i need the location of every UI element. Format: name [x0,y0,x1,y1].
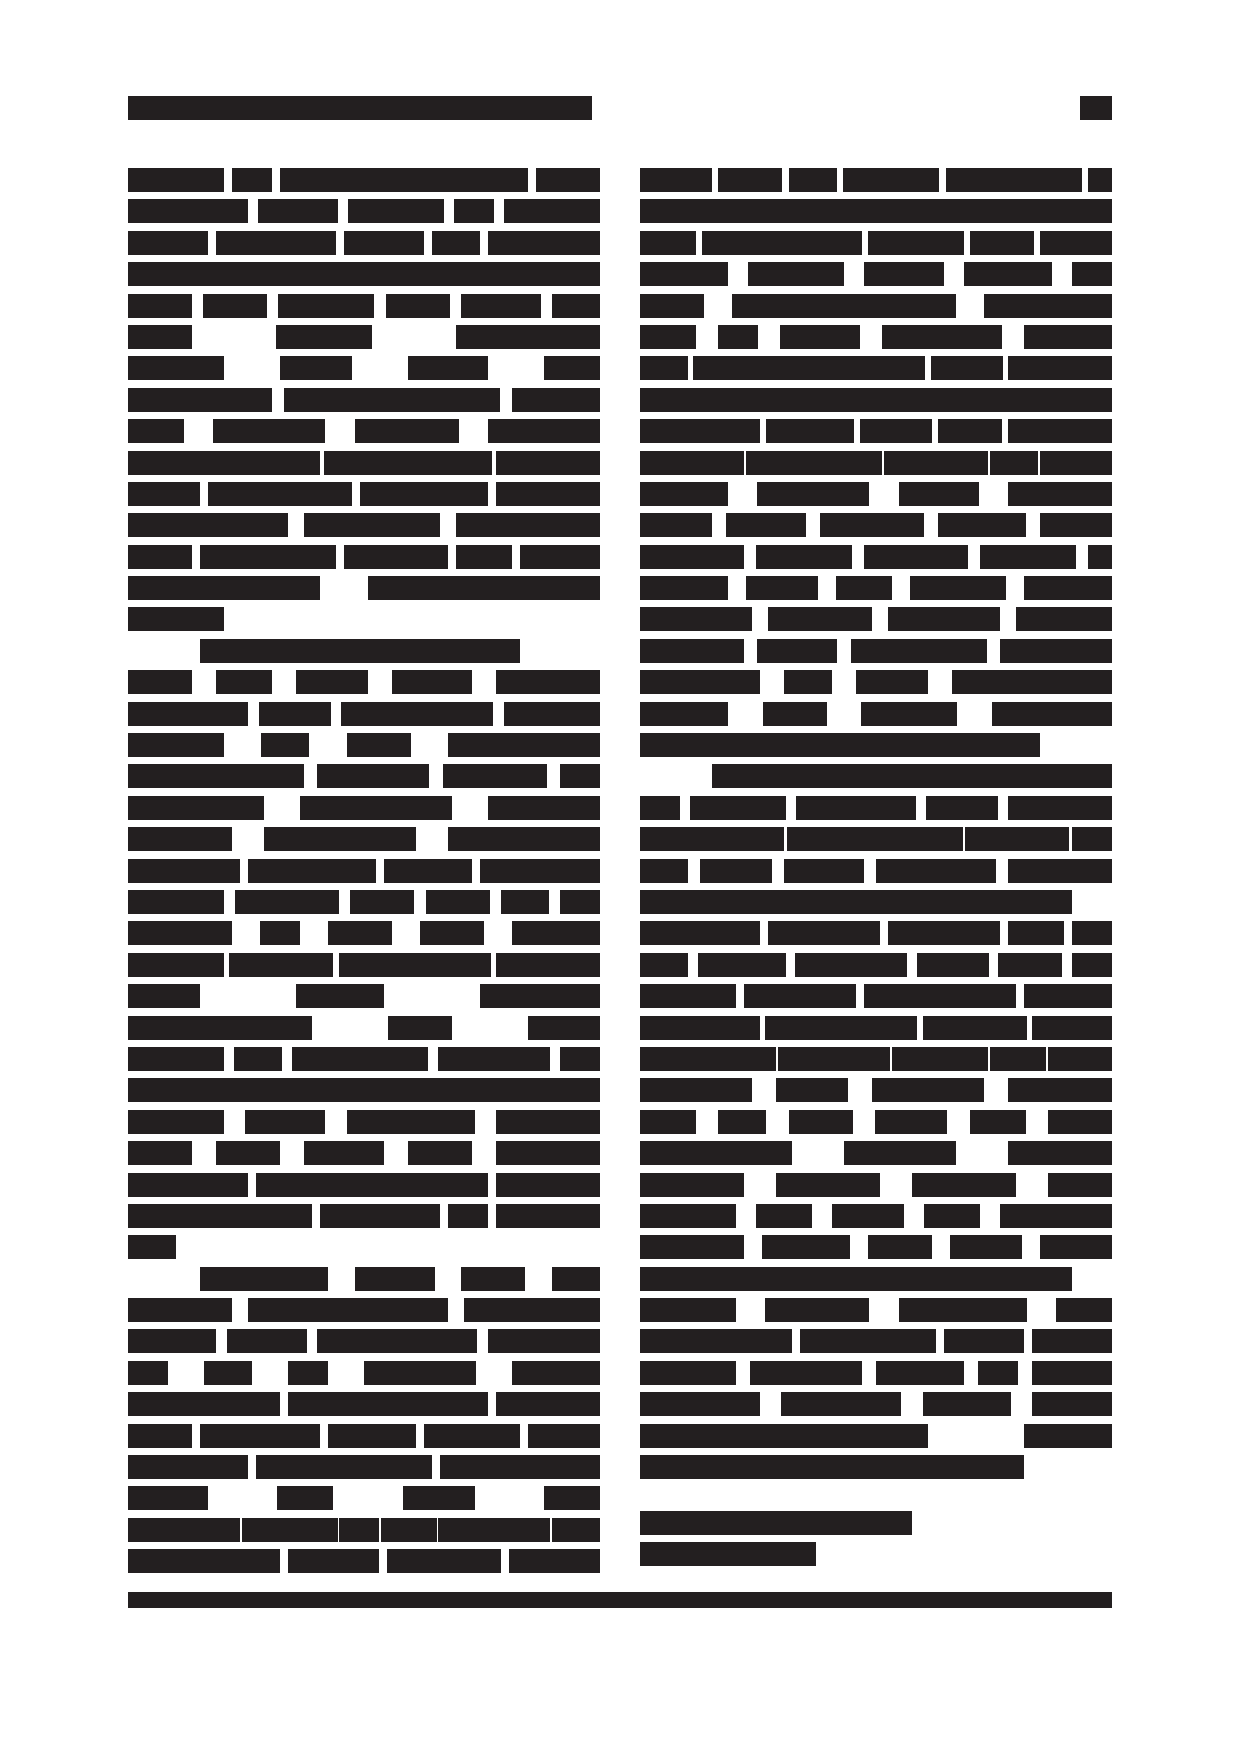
redacted-word [128,168,224,192]
redacted-word [264,827,416,851]
redacted-word [456,513,600,537]
text-line [640,670,1112,694]
redacted-word [640,482,728,506]
redacted-word [640,513,712,537]
redacted-word [208,482,352,506]
redacted-word [328,921,392,945]
text-line [128,921,600,945]
redacted-word [128,1235,176,1259]
redacted-word [128,1424,192,1448]
redacted-word [280,356,352,380]
text-line [128,702,600,726]
redacted-word [778,1047,890,1071]
redacted-word [504,702,600,726]
redacted-word [128,482,200,506]
text-line [640,921,1112,945]
redacted-word [946,168,1082,192]
redacted-word [640,168,712,192]
redacted-word [640,388,741,412]
text-line [640,1110,1112,1134]
redacted-word [899,482,979,506]
redacted-word [245,1110,325,1134]
redacted-word [200,1424,320,1448]
redacted-word [986,199,1057,223]
redacted-word [844,1141,956,1165]
redacted-word [640,1361,736,1385]
redacted-word [496,482,600,506]
redacted-word [128,1329,216,1353]
redacted-word [952,670,1112,694]
redacted-word [640,890,1072,914]
redacted-word [128,356,224,380]
redacted-word [910,576,1006,600]
redacted-word [392,670,472,694]
redacted-word [355,419,459,443]
text-line [640,1173,1112,1197]
redacted-word [306,1078,399,1102]
redacted-word [1024,325,1112,349]
redacted-word [128,294,192,318]
redacted-word [128,1110,224,1134]
text-line [128,890,600,914]
redacted-word [128,1392,280,1416]
redacted-word [520,545,600,569]
redacted-word [448,1204,488,1228]
redacted-word [640,419,760,443]
text-line [128,513,600,537]
redacted-word [924,1204,980,1228]
redacted-word [128,1078,174,1102]
redacted-word [836,576,892,600]
redacted-word [339,1518,379,1542]
redacted-word [640,1329,792,1353]
right-text-column [640,168,1112,1574]
redacted-word [560,764,600,788]
redacted-word [292,1047,428,1071]
redacted-word [857,388,981,412]
redacted-word [990,451,1038,475]
text-line [640,1141,1112,1165]
redacted-word [820,513,924,537]
redacted-word [931,356,1003,380]
redacted-word [1000,639,1112,663]
redacted-word [496,1392,600,1416]
redacted-word [640,1047,776,1071]
redacted-word [787,827,963,851]
redacted-word [757,639,837,663]
redacted-word [965,827,1069,851]
redacted-word [288,1361,328,1385]
redacted-word [868,1235,932,1259]
text-line [128,1298,600,1322]
redacted-word [496,670,600,694]
paragraph [128,1267,600,1574]
redacted-word [339,953,491,977]
redacted-word [756,545,852,569]
redacted-word [640,1298,736,1322]
redacted-word [690,796,786,820]
text-line [640,356,1112,380]
text-line [128,827,600,851]
redacted-word [1032,1361,1112,1385]
redacted-word [784,670,832,694]
redacted-word [718,168,782,192]
redacted-word [432,231,480,255]
redacted-word [128,764,304,788]
redacted-word [864,545,968,569]
redacted-word [204,1361,252,1385]
redacted-word [509,1549,600,1573]
redacted-word [984,294,1112,318]
text-line [128,325,600,349]
redacted-word [950,1235,1022,1259]
redacted-word [1040,513,1112,537]
text-line [128,1235,600,1259]
redacted-word [368,576,600,600]
redacted-word [744,984,856,1008]
redacted-word [448,827,600,851]
redacted-word [970,1110,1026,1134]
text-line [640,1329,1112,1353]
redacted-word [128,1518,240,1542]
redacted-word [693,356,925,380]
redacted-word [640,1173,744,1197]
redacted-word [128,451,320,475]
redacted-word [640,576,728,600]
redacted-word [872,1078,984,1102]
text-line [128,168,600,192]
redacted-word [875,1110,947,1134]
redacted-word [128,953,224,977]
redacted-word [528,1424,600,1448]
redacted-word [128,984,200,1008]
redacted-word [301,262,458,286]
text-line [128,545,600,569]
redacted-word [864,262,944,286]
redacted-word [408,1141,472,1165]
redacted-word [640,1078,752,1102]
text-line [640,388,1112,412]
text-line [128,1424,600,1448]
redacted-word [256,1173,488,1197]
redacted-word [227,1329,307,1353]
redacted-word [304,1141,384,1165]
redacted-word [800,1329,936,1353]
redacted-word [768,921,880,945]
redacted-word [938,513,1026,537]
redacted-word [200,639,520,663]
redacted-word [128,388,272,412]
redacted-word [780,325,860,349]
redacted-word [128,576,320,600]
redacted-word [912,1173,1016,1197]
text-line [128,451,600,475]
redacted-word [324,451,492,475]
text-line [128,294,600,318]
redacted-word [640,199,703,223]
redacted-word [528,1016,600,1040]
redacted-word [128,419,184,443]
redacted-word [277,1486,333,1510]
text-line [640,859,1112,883]
section-heading [640,1511,1112,1566]
redacted-word [640,607,752,631]
redacted-word [348,199,444,223]
left-text-column [128,168,600,1581]
redacted-word [1040,451,1112,475]
redacted-word [926,796,998,820]
redacted-word [640,1141,792,1165]
redacted-word [128,607,224,631]
redacted-word [640,1392,760,1416]
redacted-word [128,702,248,726]
redacted-word [640,356,688,380]
redacted-word [861,702,957,726]
text-line [128,1486,600,1510]
heading-line [640,1511,1112,1535]
text-line [128,1141,600,1165]
text-line [640,607,1112,631]
redacted-word [795,953,907,977]
redacted-word [998,953,1062,977]
redacted-word [1024,984,1112,1008]
redacted-heading-text [640,1542,816,1566]
paragraph [640,168,1112,757]
redacted-word [1008,796,1112,820]
redacted-word [456,325,600,349]
redacted-word [1008,419,1112,443]
redacted-word [300,796,452,820]
redacted-word [128,890,224,914]
redacted-word [504,199,600,223]
redacted-word [640,921,760,945]
redacted-word [496,953,600,977]
text-line [640,1078,1112,1102]
redacted-word [1032,1392,1112,1416]
text-line [128,796,600,820]
text-line [640,1267,1112,1291]
redacted-word [640,545,744,569]
redacted-word [1000,1204,1112,1228]
redacted-word [235,890,339,914]
redacted-word [496,1173,600,1197]
redacted-word [1088,168,1112,192]
redacted-word [882,325,1002,349]
redacted-word [876,1361,964,1385]
redacted-word [278,294,374,318]
redacted-word [1040,231,1112,255]
redacted-word [1048,1173,1112,1197]
redacted-word [766,419,854,443]
text-line [640,231,1112,255]
text-line [640,984,1112,1008]
redacted-word [640,639,744,663]
redacted-word [1032,1016,1112,1040]
redacted-word [756,1204,812,1228]
redacted-word [364,1361,476,1385]
redacted-word [726,513,806,537]
redacted-word [488,796,600,820]
redacted-word [128,513,288,537]
redacted-word [640,294,704,318]
running-header [128,96,1112,120]
redacted-word [1032,1329,1112,1353]
redacted-word [488,419,600,443]
redacted-word [386,294,450,318]
redacted-word [851,639,987,663]
redacted-word [288,1549,379,1573]
text-line [128,1267,600,1291]
redacted-word [420,921,484,945]
redacted-word [350,890,414,914]
redacted-word [461,294,541,318]
text-line [640,199,1112,223]
redacted-word [512,1361,600,1385]
document-page [0,0,1240,1754]
redacted-word [843,168,939,192]
redacted-word [203,294,267,318]
redacted-word [288,1392,488,1416]
redacted-word [640,1110,696,1134]
redacted-word [399,1078,500,1102]
redacted-word [341,702,493,726]
redacted-word [768,607,872,631]
redacted-word [1024,1424,1112,1448]
redacted-word [899,1298,1027,1322]
redacted-word [355,1267,435,1291]
text-line [640,513,1112,537]
redacted-word [128,921,232,945]
redacted-word [640,325,696,349]
text-line [640,482,1112,506]
redacted-word [128,1298,232,1322]
text-line [640,639,1112,663]
page-number [1080,96,1112,120]
redacted-word [1088,545,1112,569]
redacted-word [832,1204,904,1228]
redacted-word [456,545,512,569]
text-line [640,419,1112,443]
redacted-word [440,1455,600,1479]
redacted-word [128,199,248,223]
redacted-word [461,1267,525,1291]
redacted-word [640,827,784,851]
redacted-word [499,1078,600,1102]
redacted-word [480,984,600,1008]
redacted-word [552,1267,600,1291]
redacted-word [1073,388,1112,412]
redacted-word [700,859,772,883]
redacted-word [258,199,338,223]
redacted-word [698,953,786,977]
redacted-word [560,890,600,914]
text-line [640,1424,1112,1448]
redacted-word [1048,1047,1112,1071]
text-line [128,356,600,380]
redacted-word [248,1298,448,1322]
redacted-word [884,451,988,475]
redacted-word [128,796,264,820]
redacted-word [317,764,429,788]
redacted-word [980,545,1076,569]
redacted-word [718,1110,766,1134]
redacted-word [261,733,309,757]
redacted-word [944,1329,1024,1353]
redacted-word [640,859,688,883]
redacted-word [781,1392,901,1416]
redacted-word [344,231,424,255]
redacted-word [860,419,932,443]
redacted-word [1024,576,1112,600]
redacted-word [128,1455,248,1479]
redacted-word [856,670,928,694]
redacted-word [317,1329,477,1353]
redacted-heading-text [640,1511,912,1535]
redacted-word [990,1047,1046,1071]
redacted-word [438,1047,550,1071]
redacted-word [978,1361,1018,1385]
redacted-word [347,733,411,757]
redacted-word [748,262,844,286]
running-header-title [128,96,592,120]
redacted-word [544,1486,600,1510]
redacted-word [763,702,827,726]
redacted-word [128,1549,280,1573]
text-line [640,1298,1112,1322]
redacted-word [248,859,376,883]
text-line [128,1204,600,1228]
redacted-word [216,670,272,694]
redacted-word [128,827,232,851]
text-line [128,1392,600,1416]
redacted-word [746,576,818,600]
redacted-word [917,953,989,977]
text-line [128,764,600,788]
text-line [640,1235,1112,1259]
text-line [640,1204,1112,1228]
redacted-word [128,325,192,349]
redacted-word [1040,1235,1112,1259]
text-line [128,1455,600,1479]
redacted-word [765,1298,869,1322]
redacted-word [640,670,760,694]
redacted-word [512,388,600,412]
redacted-word [892,1047,988,1071]
redacted-word [488,231,600,255]
heading-line [640,1542,1112,1566]
redacted-word [232,168,272,192]
text-line [640,576,1112,600]
text-line [640,953,1112,977]
redacted-word [347,1110,475,1134]
redacted-word [296,984,384,1008]
redacted-word [1008,859,1112,883]
redacted-word [256,1455,432,1479]
text-line [640,545,1112,569]
text-line [128,1518,600,1542]
redacted-word [992,702,1112,726]
text-line [128,262,600,286]
redacted-word [784,859,864,883]
redacted-word [746,451,882,475]
redacted-word [640,733,1040,757]
text-line [128,482,600,506]
redacted-word [284,388,500,412]
text-line [640,168,1112,192]
redacted-word [328,1424,416,1448]
redacted-word [868,231,964,255]
redacted-word [640,1016,760,1040]
